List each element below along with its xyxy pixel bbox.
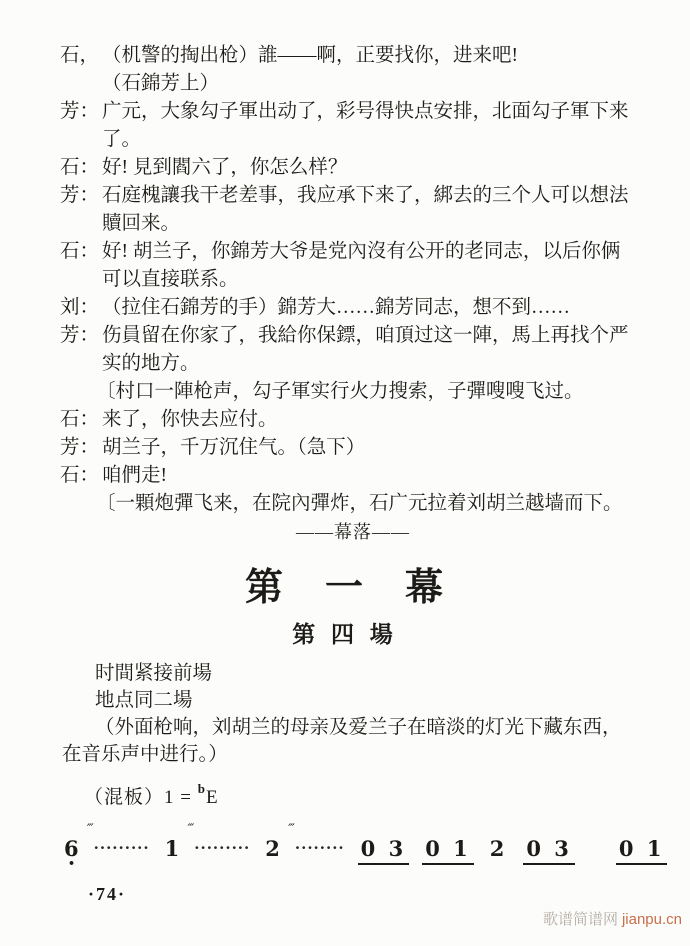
- watermark-site-name: 歌谱简谱网: [543, 911, 618, 928]
- jianpu-beamed-group: 0 3: [358, 836, 410, 865]
- line-text: 〔一顆炮彈飞来，在院內彈炸，石广元拉着刘胡兰越墙而下。: [96, 493, 623, 514]
- dialogue-line: 芳：广元，大象勾子軍出动了，彩号得快点安排，北面勾子軍下来: [60, 98, 646, 126]
- stage-direction-line: （石錦芳上）: [60, 70, 646, 98]
- watermark: 歌谱简谱网jianpu.cn: [543, 908, 682, 929]
- stage-direction-line: （外面枪响，刘胡兰的母亲及爱兰子在暗淡的灯光下藏东西，: [62, 714, 648, 741]
- dialogue-line: 芳：胡兰子，千万沉住气。（急下）: [60, 434, 646, 462]
- scene-title: 第 四 場: [0, 616, 690, 649]
- speaker-label: 石：: [60, 154, 102, 182]
- line-text: （机警的掏出枪）誰——啊，正要找你，进来吧!: [102, 45, 518, 66]
- key-prefix: （混板）1 =: [84, 787, 198, 808]
- place-note: 地点同二場: [62, 687, 648, 714]
- jianpu-note: 6‴: [62, 836, 81, 861]
- dialogue-line: 石：来了，你快去应付。: [60, 406, 646, 434]
- dotted-leader: ·········: [194, 836, 250, 857]
- line-text: 好! 見到閻六了，你怎么样？: [102, 157, 347, 178]
- line-text: 伤員留在你家了，我給你保鏢，咱頂过这一陣，馬上再找个严: [102, 325, 629, 346]
- stage-direction-line: 了。: [60, 126, 646, 154]
- jianpu-note: 1‴: [163, 836, 182, 861]
- line-text: 广元，大象勾子軍出动了，彩号得快点安排，北面勾子軍下来: [102, 101, 629, 122]
- act-title: 第 一 幕: [0, 556, 690, 611]
- speaker-label: 芳：: [60, 98, 102, 126]
- speaker-label: 芳：: [60, 322, 102, 350]
- dotted-leader: ·········: [94, 836, 150, 857]
- scene-notes: 时間紧接前場 地点同二場 （外面枪响，刘胡兰的母亲及爱兰子在暗淡的灯光下藏东西，…: [62, 660, 648, 768]
- dotted-leader: ········: [295, 836, 345, 857]
- line-text: 咱們走!: [102, 465, 167, 486]
- jianpu-notation-line: 6‴·········1‴·········2‴········0 30 120…: [62, 836, 667, 865]
- dialogue-line: 石：咱們走!: [60, 462, 646, 490]
- jianpu-note: 2‴: [263, 836, 282, 861]
- dialogue-line: 石，（机警的掏出枪）誰——啊，正要找你，进来吧!: [60, 42, 646, 70]
- line-text: 可以直接联系。: [102, 269, 239, 290]
- dialogue-line: 刘：（拉住石錦芳的手）錦芳大……錦芳同志，想不到……: [60, 294, 646, 322]
- watermark-site-url: jianpu.cn: [622, 911, 682, 928]
- dialogue-section: 石，（机警的掏出枪）誰——啊，正要找你，进来吧!（石錦芳上）芳：广元，大象勾子軍…: [60, 42, 646, 546]
- speaker-label: 石：: [60, 406, 102, 434]
- line-text: 来了，你快去应付。: [102, 409, 278, 430]
- dialogue-line: 芳：石庭槐讓我干老差事，我应承下来了，綁去的三个人可以想法: [60, 182, 646, 210]
- speaker-label: 芳：: [60, 434, 102, 462]
- stage-direction-line: 〔村口一陣枪声，勾子軍实行火力搜索，子彈嗖嗖飞过。: [60, 378, 646, 406]
- flat-sign: b: [198, 781, 206, 796]
- music-key-signature: （混板）1 = bE: [84, 782, 219, 809]
- tremolo-mark: ‴: [288, 822, 295, 837]
- tremolo-mark: ‴: [187, 822, 194, 837]
- key-note: E: [206, 787, 219, 808]
- line-text: 胡兰子，千万沉住气。（急下）: [102, 437, 365, 458]
- speaker-label: 芳：: [60, 182, 102, 210]
- line-text: 石庭槐讓我干老差事，我应承下来了，綁去的三个人可以想法: [102, 185, 629, 206]
- jianpu-beamed-group: 0 1: [616, 836, 668, 865]
- line-text: 了。: [102, 129, 141, 150]
- dialogue-line: 石：好! 見到閻六了，你怎么样？: [60, 154, 646, 182]
- speaker-label: 石：: [60, 238, 102, 266]
- stage-direction-line: 可以直接联系。: [60, 266, 646, 294]
- line-text: （拉住石錦芳的手）錦芳大……錦芳同志，想不到……: [102, 297, 570, 318]
- speaker-label: 石，: [60, 42, 102, 70]
- tremolo-mark: ‴: [87, 822, 94, 837]
- jianpu-beamed-group: 0 3: [523, 836, 575, 865]
- dialogue-line: 芳：伤員留在你家了，我給你保鏢，咱頂过这一陣，馬上再找个严: [60, 322, 646, 350]
- line-text: 实的地方。: [102, 353, 200, 374]
- speaker-label: 石：: [60, 462, 102, 490]
- line-text: 好! 胡兰子，你錦芳大爷是党內沒有公开的老同志，以后你俩: [102, 241, 620, 262]
- line-text: （石錦芳上）: [102, 73, 219, 94]
- line-text: ——幕落——: [296, 522, 410, 542]
- line-text: 贖回来。: [102, 213, 180, 234]
- dialogue-line: 石：好! 胡兰子，你錦芳大爷是党內沒有公开的老同志，以后你俩: [60, 238, 646, 266]
- curtain-fall-line: ——幕落——: [60, 518, 646, 546]
- line-text: 〔村口一陣枪声，勾子軍实行火力搜索，子彈嗖嗖飞过。: [96, 381, 584, 402]
- script-scan-page: 石，（机警的掏出枪）誰——啊，正要找你，进来吧!（石錦芳上）芳：广元，大象勾子軍…: [0, 0, 690, 946]
- jianpu-beamed-group: 2: [487, 836, 511, 863]
- stage-direction-line: 〔一顆炮彈飞来，在院內彈炸，石广元拉着刘胡兰越墙而下。: [60, 490, 646, 518]
- time-note: 时間紧接前場: [62, 660, 648, 687]
- stage-direction-line: 贖回来。: [60, 210, 646, 238]
- page-number: ·74·: [88, 884, 126, 905]
- stage-direction-line: 在音乐声中进行。）: [62, 741, 648, 768]
- speaker-label: 刘：: [60, 294, 102, 322]
- jianpu-beamed-group: 0 1: [422, 836, 474, 865]
- stage-direction-line: 实的地方。: [60, 350, 646, 378]
